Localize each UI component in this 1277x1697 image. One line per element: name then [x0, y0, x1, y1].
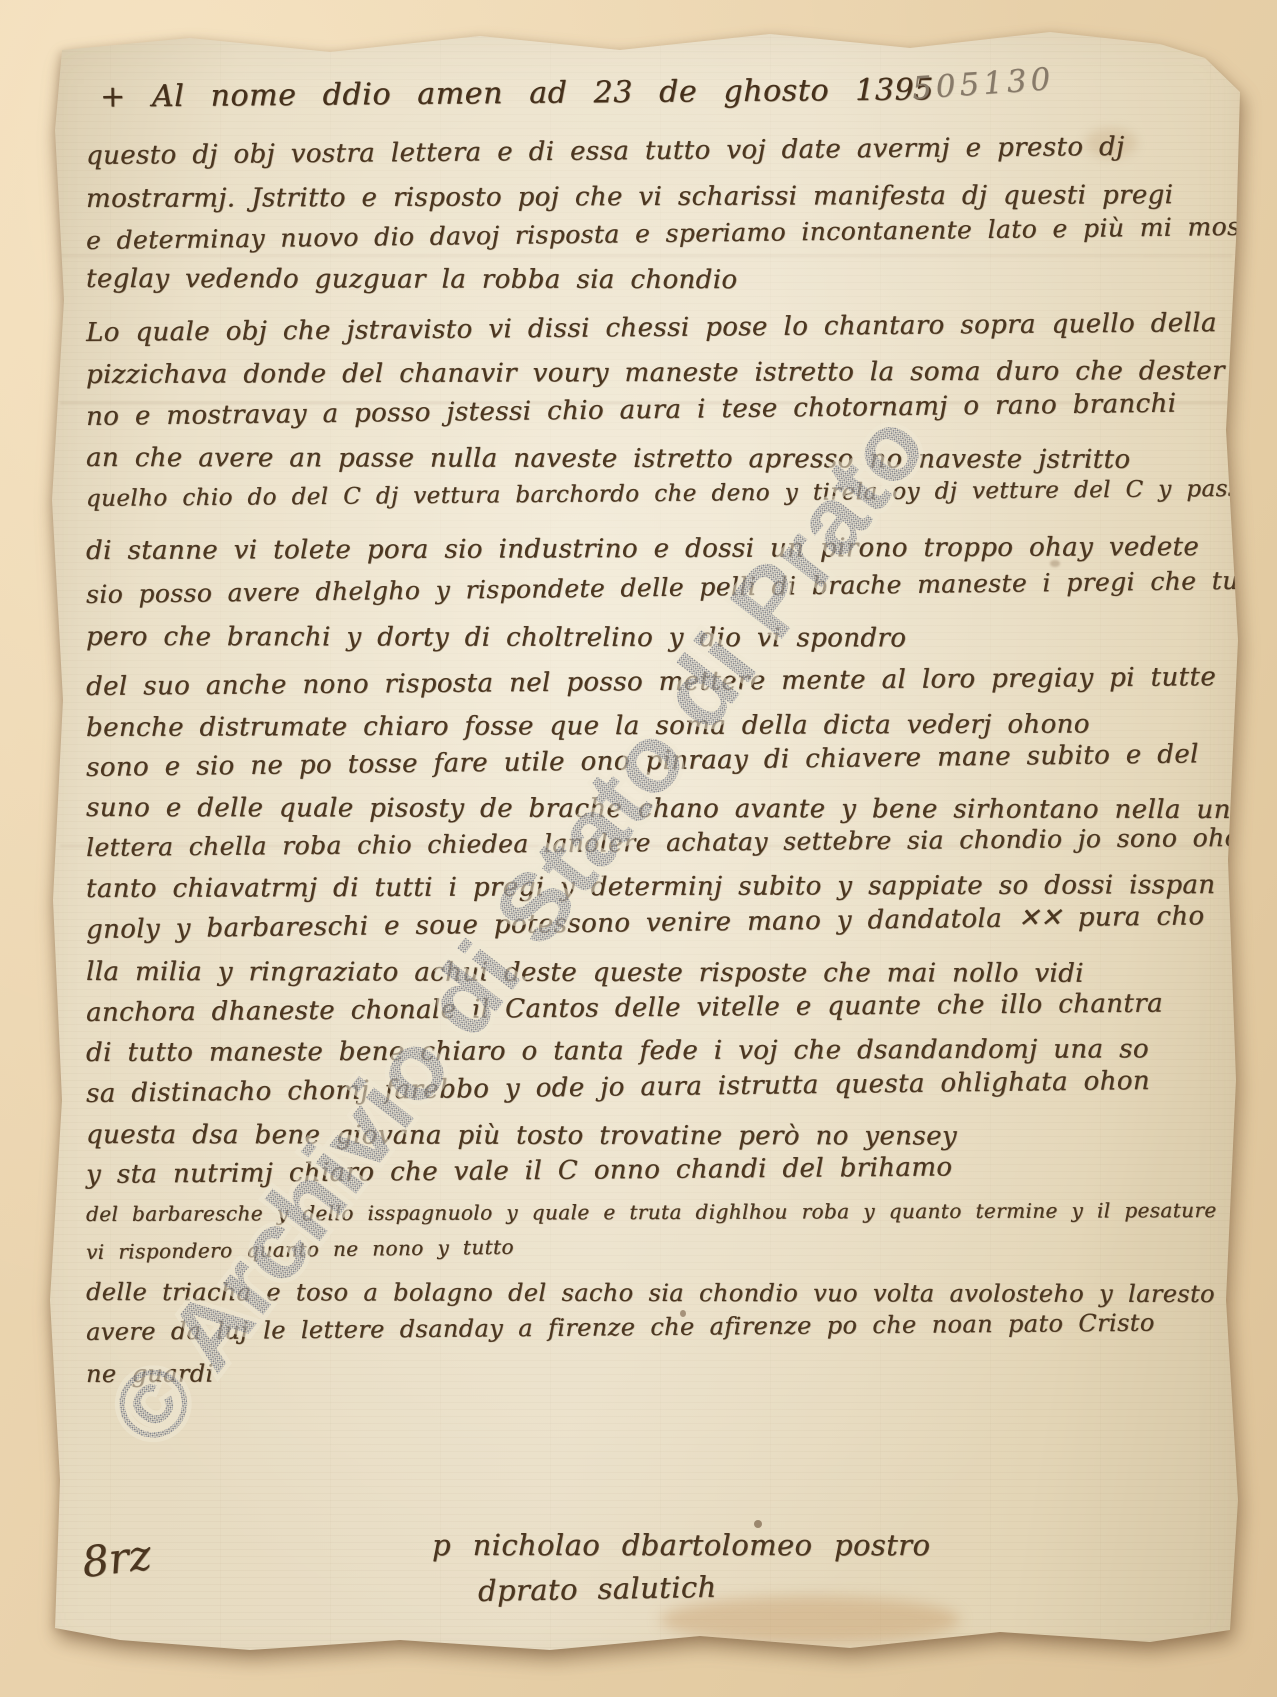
- manuscript-line: lla milia y ringraziato achui deste ques…: [86, 957, 1084, 989]
- manuscript-line: gnoly y barbareschi e soue potessono ven…: [86, 901, 1205, 945]
- manuscript-line: sono e sio ne po tosse fare utile ono pi…: [86, 739, 1199, 783]
- ink-spot: [1243, 788, 1256, 807]
- letter-sheet-shadow: + Al nome ddio amen ad 23 de ghosto 1395…: [0, 0, 1277, 1697]
- letter-sheet: + Al nome ddio amen ad 23 de ghosto 1395…: [0, 0, 1277, 1697]
- manuscript-line: di tutto maneste bene chiaro o tanta fed…: [86, 1034, 1149, 1068]
- signature-line: dprato salutich: [478, 1570, 717, 1608]
- manuscript-line: Lo quale obj che jstravisto vi dissi che…: [86, 308, 1217, 348]
- manuscript-line: anchora dhaneste chonale il Cantos delle…: [86, 989, 1163, 1028]
- manuscript-line: lettera chella roba chio chiedea lanoler…: [86, 823, 1257, 862]
- signature-line: p nicholao dbartolomeo postro: [432, 1528, 930, 1562]
- manuscript-line: avere da luj le lettere dsanday a firenz…: [86, 1309, 1155, 1346]
- manuscript-line: vi rispondero quanto ne nono y tutto: [86, 1235, 514, 1264]
- manuscript-line: del barbaresche y dello isspagnuolo y qu…: [86, 1198, 1217, 1226]
- archival-number: 505130: [911, 61, 1056, 107]
- manuscript-line: tanto chiavatrmj di tutti i pregi y dete…: [86, 870, 1216, 904]
- manuscript-line: pero che branchi y dorty di choltrelino …: [86, 622, 906, 653]
- manuscript-line: questo dj obj vostra lettera e di essa t…: [86, 132, 1125, 171]
- manuscript-line: questa dsa bene giovana più tosto trovat…: [86, 1120, 957, 1152]
- manuscript-line: di stanne vi tolete pora sio industrino …: [86, 532, 1199, 566]
- manuscript-line: pizzichava donde del chanavir voury mane…: [86, 356, 1225, 390]
- letter-dateline: + Al nome ddio amen ad 23 de ghosto 1395: [100, 72, 934, 114]
- manuscript-line: an che avere an passe nulla naveste istr…: [86, 443, 1131, 475]
- manuscript-line: e determinay nuovo dio davoj risposta e …: [86, 211, 1277, 255]
- manuscript-line: teglay vedendo guzguar la robba sia chon…: [86, 264, 738, 295]
- manuscript-line: sio posso avere dhelgho y rispondete del…: [86, 565, 1277, 609]
- registration-mark: 8rz: [79, 1530, 153, 1587]
- ink-spot: [754, 1520, 762, 1528]
- manuscript-line: del suo anche nono risposta nel posso me…: [86, 662, 1216, 702]
- scanned-letter-page: { "document": { "archival_number": "5051…: [0, 0, 1277, 1697]
- manuscript-line: suno e delle quale pisosty de brache cha…: [86, 793, 1247, 825]
- manuscript-line: quelho chio do del C dj vettura barchord…: [86, 476, 1269, 512]
- manuscript-line: sa distinacho chomj farebbo y ode jo aur…: [86, 1066, 1150, 1109]
- manuscript-line: mostrarmj. Jstritto e risposto poj che v…: [86, 180, 1173, 214]
- manuscript-line: no e mostravay a posso jstessi chio aura…: [86, 389, 1177, 432]
- manuscript-line: benche distrumate chiaro fosse que la so…: [86, 709, 1090, 743]
- manuscript-line: y sta nutrimj chiaro che vale il C onno …: [86, 1152, 953, 1190]
- manuscript-line: ne guardi: [86, 1360, 214, 1388]
- manuscript-line: delle triacha e toso a bolagno del sacho…: [86, 1278, 1277, 1308]
- paper-crease: [60, 255, 1232, 257]
